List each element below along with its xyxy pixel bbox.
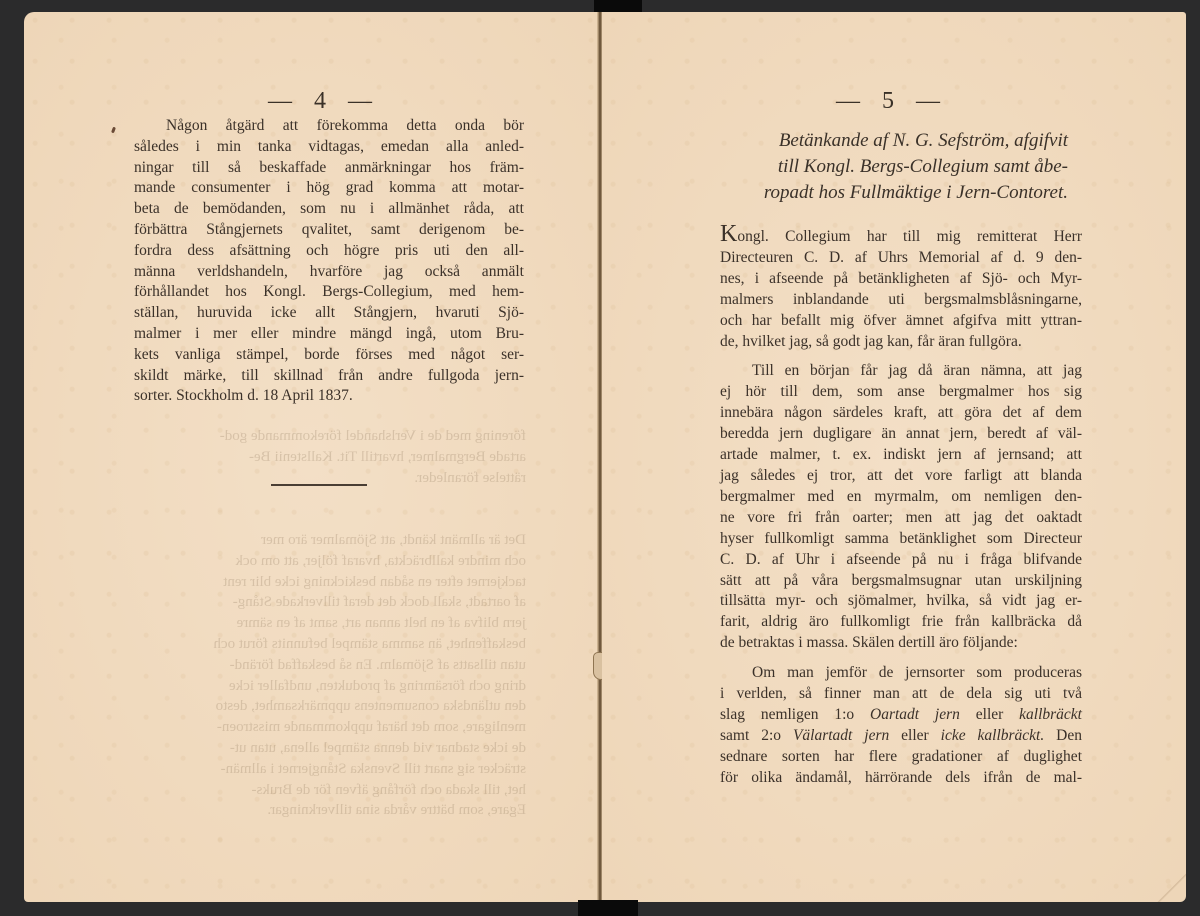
- text-line: sätt att på våra bergsmalmsugnar utan ur…: [720, 571, 1082, 592]
- text-line: ej hör till dem, som anse bergmalmer hos…: [720, 382, 1082, 403]
- book-spread: förening med de i Verlshandel förekomman…: [24, 12, 1186, 902]
- text-line: artade malmer, t. ex. indiskt jern af je…: [720, 445, 1082, 466]
- right-page-body: Kongl. Collegium har till mig remitterat…: [720, 225, 1082, 798]
- text-line: innebära någon särdeles kraft, att göra …: [720, 403, 1082, 424]
- text-line: Directeuren C. D. af Uhrs Memorial af d.…: [720, 248, 1082, 269]
- ink-mark: [111, 127, 116, 134]
- italic-term: kallbräckt: [1019, 706, 1082, 723]
- text-line: bergmalmer med en myrmalm, om nemligen d…: [720, 487, 1082, 508]
- scanner-clip-top: [594, 0, 642, 12]
- text-line: kets vanliga stämpel, borde förses med n…: [134, 345, 524, 366]
- page-number-4: — 4 —: [254, 88, 394, 115]
- text-line: malmer i mer eller mindre mängd ingå, ut…: [134, 324, 524, 345]
- text-line: mande consumenter i hög grad komma att m…: [134, 178, 524, 199]
- text-run: slag nemligen 1:o: [720, 706, 870, 723]
- italic-term: icke kallbräckt.: [941, 727, 1045, 744]
- left-page: förening med de i Verlshandel förekomman…: [24, 12, 598, 902]
- text-run: samt 2:o: [720, 727, 793, 744]
- text-line: slag nemligen 1:o Oartadt jern eller kal…: [720, 705, 1082, 726]
- text-line: och har befallt mig öfver ämnet afgifva …: [720, 311, 1082, 332]
- text-line: jag således ej tror, att det vore farlig…: [720, 466, 1082, 487]
- text-line: fordra dess afsättning och högre pris ut…: [134, 241, 524, 262]
- text-line: ställan, huruvida icke allt Stångjern, h…: [134, 303, 524, 324]
- page-number-5: — 5 —: [812, 88, 972, 115]
- text-line: Till en början får jag då äran nämna, at…: [720, 361, 1082, 382]
- drop-cap: K: [720, 221, 737, 247]
- italic-term: Välartadt jern: [793, 727, 889, 744]
- scanner-clip-bottom: [578, 900, 638, 916]
- text-line: för olika ändamål, härrörande dels ifrån…: [720, 768, 1082, 789]
- text-line: Om man jemför de jernsorter som producer…: [720, 663, 1082, 684]
- text-line: männa verldshandeln, hvarföre jag också …: [134, 262, 524, 283]
- section-separator-rule: [271, 484, 367, 486]
- text-run: Den: [1044, 727, 1082, 744]
- italic-term: Oartadt jern: [870, 706, 960, 723]
- text-line: således i min tanka vidtagas, emedan all…: [134, 137, 524, 158]
- text-line: tillsätta myr- och sjömalmer, hvilka, så…: [720, 591, 1082, 612]
- text-line: de, hvilket jag, så godt jag kan, får är…: [720, 332, 1082, 353]
- text-line: förbättra Stångjernets qvalitet, samt de…: [134, 220, 524, 241]
- text-line: sednare sorten har flere gradationer af …: [720, 747, 1082, 768]
- text-line: ne vore fri från oarter; men att jag det…: [720, 508, 1082, 529]
- text-line: förhållandet hos Kongl. Bergs-Collegium,…: [134, 282, 524, 303]
- paragraph-2: Till en början får jag då äran nämna, at…: [720, 361, 1082, 654]
- text-line: malmers inblandande uti bergsmalmsblåsni…: [720, 290, 1082, 311]
- text-run: eller: [960, 706, 1019, 723]
- text-line: beredda jern dugligare än annat jern, be…: [720, 424, 1082, 445]
- heading-line: ropadt hos Fullmäktige i Jern-Contoret.: [688, 180, 1068, 206]
- page-corner-fold: [1157, 872, 1186, 902]
- text-line-signature: sorter. Stockholm d. 18 April 1837.: [134, 386, 524, 407]
- text-line: skildt märke, till skillnad från andre f…: [134, 366, 524, 387]
- text-line: beta de bemödanden, som nu i allmänhet r…: [134, 199, 524, 220]
- left-page-paragraph: Någon åtgärd att förekomma detta onda bö…: [134, 116, 524, 407]
- section-heading: Betänkande af N. G. Sefström, afgifvit t…: [688, 128, 1068, 206]
- heading-line: Betänkande af N. G. Sefström, afgifvit: [688, 128, 1068, 154]
- paragraph-1: Kongl. Collegium har till mig remitterat…: [720, 225, 1082, 352]
- paragraph-3: Om man jemför de jernsorter som producer…: [720, 663, 1082, 788]
- text-line: i verlden, så finner man att de dela sig…: [720, 684, 1082, 705]
- text-line: farit, aldrig äro fullkomligt frie från …: [720, 612, 1082, 633]
- text-line: C. D. af Uhr i afseende på nu i fråga bl…: [720, 550, 1082, 571]
- text-line: hyser fullkomligt samma betänklighet som…: [720, 529, 1082, 550]
- text-line: ningar till så beskaffade anmärkningar h…: [134, 158, 524, 179]
- text-line: nes, i afseende på betänkligheten af Sjö…: [720, 269, 1082, 290]
- heading-line: till Kongl. Bergs-Collegium samt åbe-: [688, 154, 1068, 180]
- text-line: Någon åtgärd att förekomma detta onda bö…: [134, 116, 524, 137]
- text-line: samt 2:o Välartadt jern eller icke kallb…: [720, 726, 1082, 747]
- text-line: ongl. Collegium har till mig remitterat …: [737, 228, 1082, 245]
- text-run: eller: [889, 727, 940, 744]
- text-line: de betraktas i massa. Skälen dertill äro…: [720, 633, 1082, 654]
